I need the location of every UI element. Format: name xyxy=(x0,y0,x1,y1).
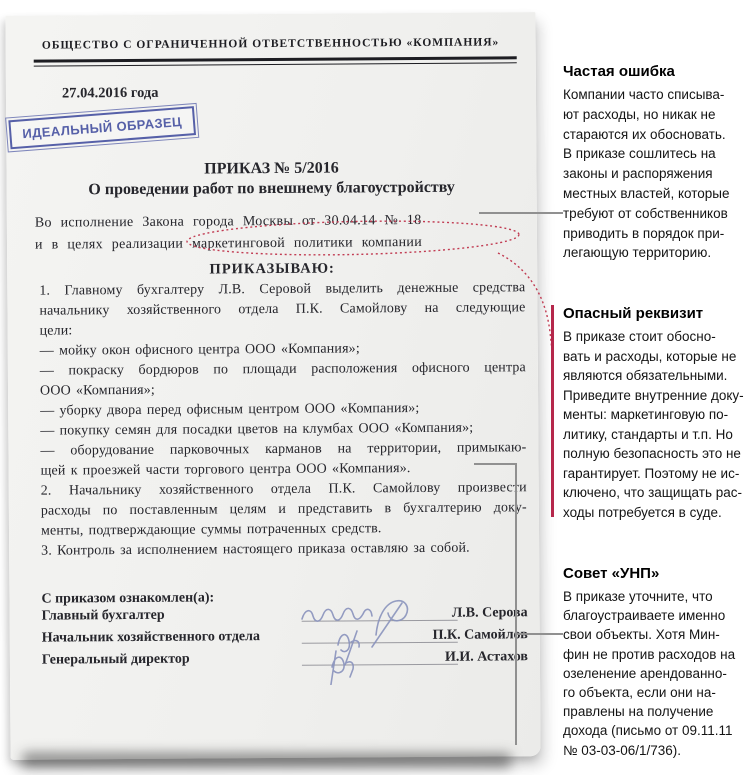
annotation-line: ют расходы, но никак не xyxy=(563,105,749,125)
callout-bracket-vertical xyxy=(515,463,517,745)
body-line: 3. Контроль за исполнением настоящего пр… xyxy=(41,538,527,561)
annotation-line: № 03-03-06/1/736). xyxy=(563,741,749,760)
signature-row: Главный бухгалтер Л.В. Серова xyxy=(42,605,528,626)
annotation-title: Опасный реквизит xyxy=(563,305,749,322)
annotation-line: дохода (письмо от 09.11.11 xyxy=(563,721,749,740)
annotation-line: правлены на получение xyxy=(563,702,749,721)
annotation-line: Компании часто списыва- xyxy=(563,85,749,105)
order-body: 1. Главному бухгалтеру Л.В. Серовой выде… xyxy=(39,278,527,561)
annotation-line: законы и распоряжения xyxy=(563,164,749,184)
annotation-line: приводить в порядок при- xyxy=(563,224,749,244)
callout-line-common-mistake xyxy=(479,212,563,214)
annotation-title: Частая ошибка xyxy=(563,63,749,80)
magazine-figure: ОБЩЕСТВО С ОГРАНИЧЕННОЙ ОТВЕТСТВЕННОСТЬЮ… xyxy=(0,0,749,775)
red-emphasis-rule xyxy=(551,305,554,517)
annotation-line: гарантирует. Поэтому не ис- xyxy=(563,464,749,484)
annotation-dangerous-requisite: Опасный реквизит В приказе стоит обосно-… xyxy=(563,305,749,522)
annotation-line: го объекта, если они на- xyxy=(563,683,749,702)
annotation-line: стараются их обосновать. xyxy=(563,125,749,145)
ideal-sample-stamp: ИДЕАЛЬНЫЙ ОБРАЗЕЦ xyxy=(8,106,196,149)
signature-role: Главный бухгалтер xyxy=(42,608,165,627)
document-date: 27.04.2016 года xyxy=(62,85,159,103)
callout-bracket-top xyxy=(474,463,517,465)
order-title-number: ПРИКАЗ № 5/2016 xyxy=(6,158,536,180)
annotation-line: требуют от собственников xyxy=(563,204,749,224)
body-line: расходы по поставленным целям и представ… xyxy=(41,498,527,521)
annotation-common-mistake: Частая ошибка Компании часто списыва- ют… xyxy=(563,63,749,263)
annotation-line: ходы потребуется в суде. xyxy=(563,503,749,523)
order-title-subject: О проведении работ по внешнему благоустр… xyxy=(7,178,537,200)
annotation-line: местных властей, которые xyxy=(563,184,749,204)
signature-role: Начальник хозяйственного отдела xyxy=(42,629,260,649)
order-preamble: Во исполнение Закона города Москвы от 30… xyxy=(35,209,527,256)
annotation-line: легающую территорию. xyxy=(563,243,749,263)
annotation-line: свои объекты. Хотя Мин- xyxy=(563,625,749,644)
annotation-line: благоустраиваете именно xyxy=(563,606,749,625)
order-document-paper: ОБЩЕСТВО С ОГРАНИЧЕННОЙ ОТВЕТСТВЕННОСТЬЮ… xyxy=(5,12,540,760)
annotation-line: В приказе стоит обосно- xyxy=(563,327,749,347)
annotation-line: Приведите внутренние доку- xyxy=(563,386,749,406)
signature-name: П.К. Самойлов xyxy=(433,627,528,646)
body-line: начальнику хозяйственного отдела П.К. Са… xyxy=(39,298,525,321)
annotation-line: фин не против расходов на xyxy=(563,645,749,664)
signature-row: Генеральный директор И.И. Астахов xyxy=(42,649,528,670)
annotation-line: полную безопасность это не xyxy=(563,444,749,464)
annotation-line: вать и расходы, которые не xyxy=(563,347,749,367)
annotation-line: В приказе уточните, что xyxy=(563,587,749,606)
signoff-intro: С приказом ознакомлен(а): xyxy=(41,590,214,607)
annotation-line: менты: маркетинговую по- xyxy=(563,405,749,425)
company-header: ОБЩЕСТВО С ОГРАНИЧЕННОЙ ОТВЕТСТВЕННОСТЬЮ… xyxy=(6,36,536,52)
preamble-line: и в целях реализации маркетинговой полит… xyxy=(35,231,527,256)
callout-bracket-to-advice xyxy=(515,633,563,635)
annotation-line: являются обязательными. xyxy=(563,366,749,386)
annotation-line: литику, стандарты и т.п. Но xyxy=(563,425,749,445)
annotation-line: ключено, что защищать рас- xyxy=(563,483,749,503)
annotation-title: Совет «УНП» xyxy=(563,565,749,582)
header-rule-thin xyxy=(34,62,517,66)
annotation-line: озеленение арендованно- xyxy=(563,664,749,683)
annotation-line: В приказе сошлитесь на xyxy=(563,144,749,164)
body-line: — покраску бордюров по площади расположе… xyxy=(40,358,526,381)
signature-role: Генеральный директор xyxy=(42,652,190,671)
header-rule-thick xyxy=(34,56,517,62)
resolution-word: ПРИКАЗЫВАЮ: xyxy=(7,259,537,280)
body-line: — оборудование парковочных карманов на т… xyxy=(40,438,526,461)
signature-row: Начальник хозяйственного отдела П.К. Сам… xyxy=(42,627,528,648)
annotation-unp-advice: Совет «УНП» В приказе уточните, что благ… xyxy=(563,565,749,760)
